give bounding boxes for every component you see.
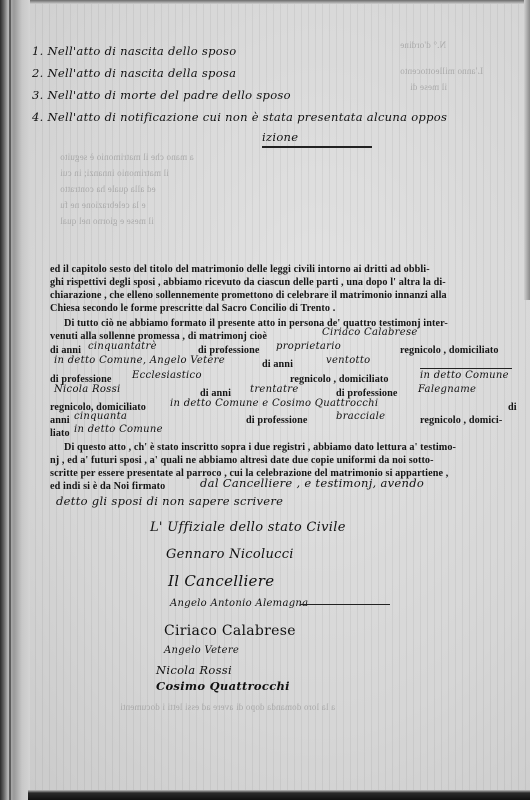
body-line: Chiesa secondo le forme prescritte dal S… bbox=[50, 302, 335, 315]
witness-domicile: in detto Comune bbox=[420, 370, 509, 381]
signature-officer-title: L' Uffiziale dello stato Civile bbox=[150, 520, 346, 535]
body-line: ghi rispettivi degli sposi , abbiamo ric… bbox=[50, 276, 446, 289]
signature-note: dal Cancelliere , e testimonj, avendo bbox=[200, 476, 424, 490]
page-top-edge bbox=[0, 0, 530, 4]
body-line: Di questo atto , ch' è stato inscritto s… bbox=[64, 441, 456, 454]
binding-rule bbox=[9, 0, 11, 800]
body-line: chiarazione , che elleno sollennemente p… bbox=[50, 289, 447, 302]
body-label: di anni bbox=[262, 358, 293, 371]
witness-age: cinquanta bbox=[74, 411, 127, 422]
margin-note-3: 3. Nell'atto di morte del padre dello sp… bbox=[32, 88, 291, 102]
margin-note-4-cont: izione bbox=[262, 130, 298, 144]
document-page: N.° d'ordine L'anno milleottocento il me… bbox=[0, 0, 530, 800]
signature-chancellor: Angelo Antonio Alemagna bbox=[170, 598, 308, 609]
witness-profession: proprietario bbox=[276, 341, 341, 352]
bleed-line: il matrimonio innanzi; in cui bbox=[60, 168, 169, 178]
margin-note-1: 1. Nell'atto di nascita dello sposo bbox=[32, 44, 236, 58]
witness-age: trentatre bbox=[250, 384, 299, 395]
witness-name: Nicola Rossi bbox=[54, 384, 121, 395]
page-right-edge bbox=[524, 0, 530, 300]
body-line: venuti alla sollenne promessa , di matri… bbox=[50, 330, 267, 343]
bleed-line: L'anno milleottocento bbox=[400, 66, 483, 76]
body-label: regnicolo , domiciliato bbox=[400, 344, 499, 357]
bleed-header: N.° d'ordine bbox=[400, 40, 446, 50]
witness-domicile-name: in detto Comune, Angelo Vetere bbox=[54, 355, 225, 366]
bleed-line: il mese e giorno nel qual bbox=[60, 216, 154, 226]
body-label: di professione bbox=[246, 414, 308, 427]
body-label: liato bbox=[50, 427, 70, 440]
body-line: nj , ed a' futuri sposi , a' quali ne ab… bbox=[50, 454, 434, 467]
signature-witness: Nicola Rossi bbox=[156, 663, 232, 677]
witness-name: Ciriaco Calabrese bbox=[322, 327, 418, 338]
body-line: ed il capitolo sesto del titolo del matr… bbox=[50, 263, 430, 276]
body-label: anni bbox=[50, 414, 70, 427]
witness-age: ventotto bbox=[326, 355, 371, 366]
body-label: regnicolo , domiciliato bbox=[290, 373, 389, 386]
witness-profession: Falegname bbox=[418, 384, 476, 395]
underline bbox=[262, 146, 372, 148]
margin-note-4: 4. Nell'atto di notificazione cui non è … bbox=[32, 110, 447, 124]
bleed-line: e la celebrazione ne fu bbox=[60, 200, 146, 210]
bleed-line: il mese di bbox=[410, 82, 447, 92]
blank-line bbox=[420, 368, 512, 369]
signature-officer: Gennaro Nicolucci bbox=[166, 547, 294, 562]
witness-domicile-name: in detto Comune e Cosimo Quattrocchi bbox=[170, 398, 378, 409]
bleed-line: ed alla quale ha contratto bbox=[60, 184, 156, 194]
signature-witness: Angelo Vetere bbox=[164, 645, 239, 656]
signature-witness: Cosimo Quattrocchi bbox=[156, 679, 290, 693]
margin-note-2: 2. Nell'atto di nascita della sposa bbox=[32, 66, 236, 80]
witness-age: cinquantatrè bbox=[88, 341, 157, 352]
page-bottom-edge bbox=[28, 790, 530, 800]
bleed-bottom: a la loro domanda dopo di avere ad essi … bbox=[120, 702, 335, 712]
signature-flourish bbox=[300, 604, 390, 605]
signature-note: detto gli sposi di non sapere scrivere bbox=[56, 494, 283, 508]
witness-profession: Ecclesiastico bbox=[132, 370, 202, 381]
witness-domicile: in detto Comune bbox=[74, 424, 163, 435]
bleed-line: a mano che il matrimonio è seguito bbox=[60, 152, 194, 162]
witness-profession: bracciale bbox=[336, 411, 385, 422]
page-binding-edge bbox=[0, 0, 30, 800]
body-line: ed indi si è da Noi firmato bbox=[50, 480, 165, 493]
body-label: regnicolo , domici- bbox=[420, 414, 502, 427]
body-label: di bbox=[508, 401, 517, 414]
signature-chancellor-title: Il Cancelliere bbox=[168, 572, 274, 590]
signature-witness: Ciriaco Calabrese bbox=[164, 623, 296, 639]
